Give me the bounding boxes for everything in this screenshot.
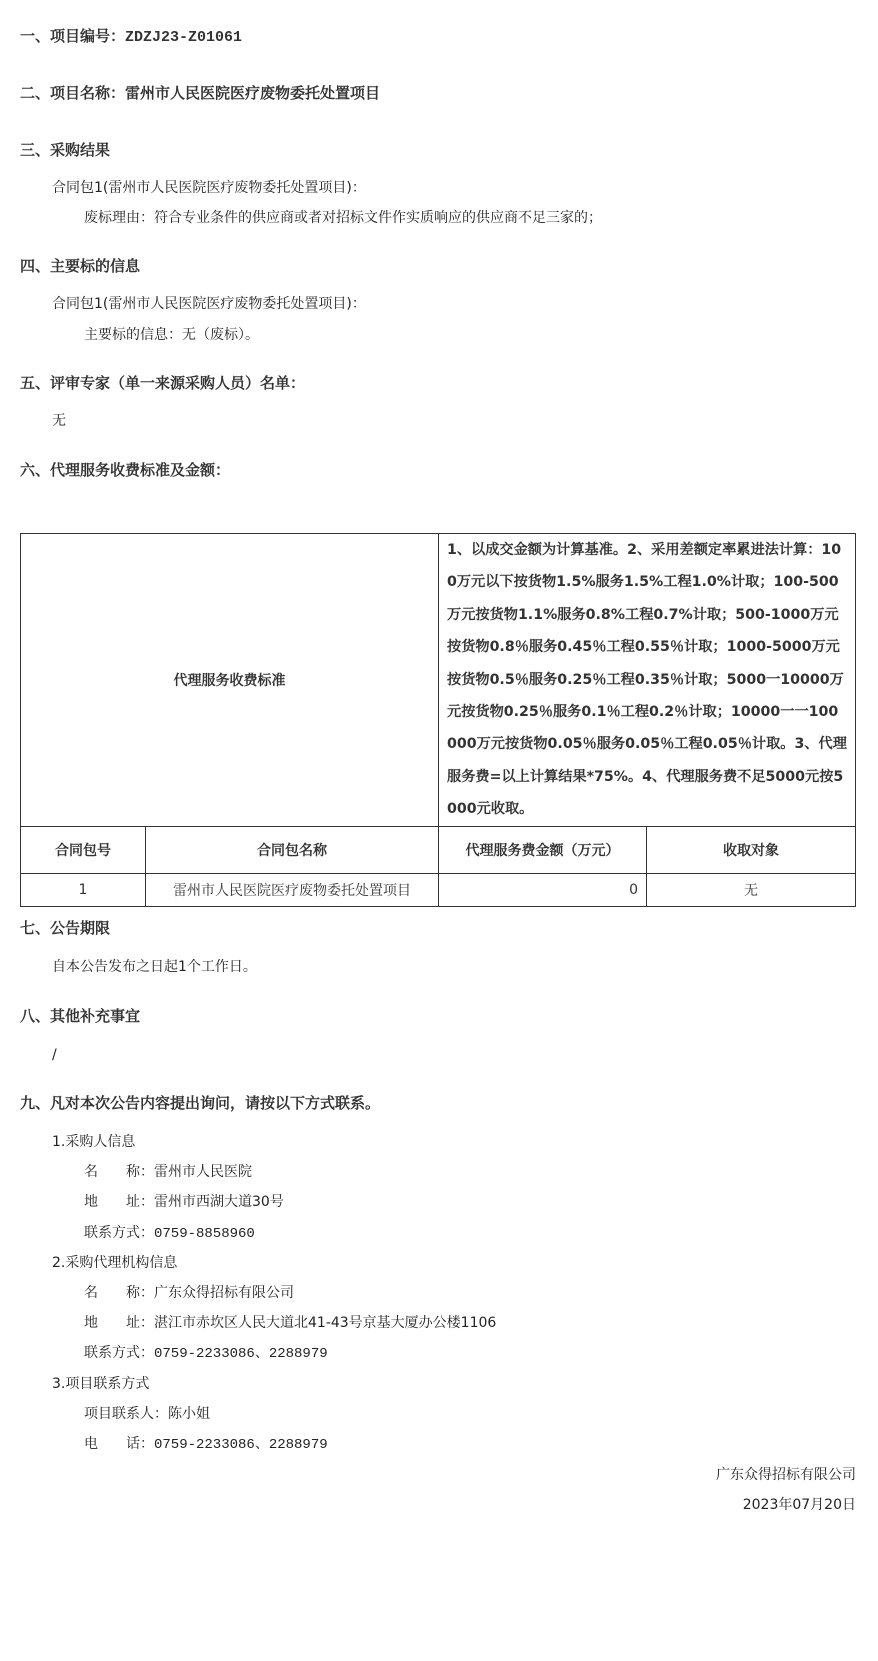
agency-fee-table: 代理服务收费标准 1、以成交金额为计算基准。2、采用差额定率累进法计算：100万…	[20, 533, 856, 907]
notice-period-heading: 七、公告期限	[20, 918, 110, 938]
project-name-value: 雷州市人民医院医疗废物委托处置项目	[125, 84, 380, 102]
project-number-heading: 一、项目编号：ZDZJ23-Z01061	[20, 26, 242, 48]
procurement-result-heading: 三、采购结果	[20, 140, 110, 160]
fee-standard-label: 代理服务收费标准	[21, 534, 439, 827]
project-name-label: 二、项目名称：	[20, 84, 125, 102]
cell-package-name: 雷州市人民医院医疗废物委托处置项目	[146, 873, 439, 906]
project-contact-person: 项目联系人：陈小姐	[84, 1404, 210, 1424]
project-contact-heading: 3.项目联系方式	[52, 1374, 149, 1394]
purchaser-address: 地 址：雷州市西湖大道30号	[84, 1192, 284, 1212]
col-header-package-no: 合同包号	[21, 826, 146, 873]
procurement-result-package: 合同包1(雷州市人民医院医疗废物委托处置项目)：	[52, 178, 366, 198]
signature-date: 2023年07月20日	[743, 1495, 856, 1515]
signature-company: 广东众得招标有限公司	[716, 1465, 856, 1485]
main-subject-info: 主要标的信息：无（废标）。	[84, 325, 259, 345]
project-contact-phone: 电 话：0759-2233086、2288979	[84, 1434, 328, 1455]
cell-package-no: 1	[21, 873, 146, 906]
other-matters-heading: 八、其他补充事宜	[20, 1006, 140, 1026]
project-number-value: ZDZJ23-Z01061	[125, 29, 242, 46]
col-header-fee-amount: 代理服务费金额（万元）	[439, 826, 647, 873]
purchaser-heading: 1.采购人信息	[52, 1132, 135, 1152]
table-row: 1 雷州市人民医院医疗废物委托处置项目 0 无	[21, 873, 856, 906]
fee-standard-row: 代理服务收费标准 1、以成交金额为计算基准。2、采用差额定率累进法计算：100万…	[21, 534, 856, 827]
project-number-label: 一、项目编号：	[20, 27, 125, 45]
main-subject-package: 合同包1(雷州市人民医院医疗废物委托处置项目)：	[52, 294, 366, 314]
purchaser-name: 名 称：雷州市人民医院	[84, 1162, 252, 1182]
agency-address: 地 址：湛江市赤坎区人民大道北41-43号京基大厦办公楼1106	[84, 1313, 496, 1333]
experts-heading: 五、评审专家（单一来源采购人员）名单：	[20, 373, 305, 393]
procurement-result-reason: 废标理由：符合专业条件的供应商或者对招标文件作实质响应的供应商不足三家的；	[84, 208, 602, 228]
agency-phone: 联系方式：0759-2233086、2288979	[84, 1343, 328, 1364]
cell-fee-amount: 0	[439, 873, 647, 906]
agency-name: 名 称：广东众得招标有限公司	[84, 1283, 294, 1303]
fee-standard-text: 1、以成交金额为计算基准。2、采用差额定率累进法计算：100万元以下按货物1.5…	[439, 534, 856, 827]
other-matters-value: /	[52, 1045, 57, 1065]
purchaser-phone: 联系方式：0759-8858960	[84, 1223, 255, 1244]
col-header-package-name: 合同包名称	[146, 826, 439, 873]
project-name-heading: 二、项目名称：雷州市人民医院医疗废物委托处置项目	[20, 83, 380, 103]
agency-heading: 2.采购代理机构信息	[52, 1253, 177, 1273]
contact-heading: 九、凡对本次公告内容提出询问，请按以下方式联系。	[20, 1093, 380, 1113]
fee-table-header: 合同包号 合同包名称 代理服务费金额（万元） 收取对象	[21, 826, 856, 873]
notice-period-value: 自本公告发布之日起1个工作日。	[52, 957, 257, 977]
main-subject-heading: 四、主要标的信息	[20, 256, 140, 276]
col-header-payer: 收取对象	[647, 826, 856, 873]
experts-value: 无	[52, 411, 66, 431]
agency-fee-heading: 六、代理服务收费标准及金额：	[20, 460, 230, 480]
cell-payer: 无	[647, 873, 856, 906]
